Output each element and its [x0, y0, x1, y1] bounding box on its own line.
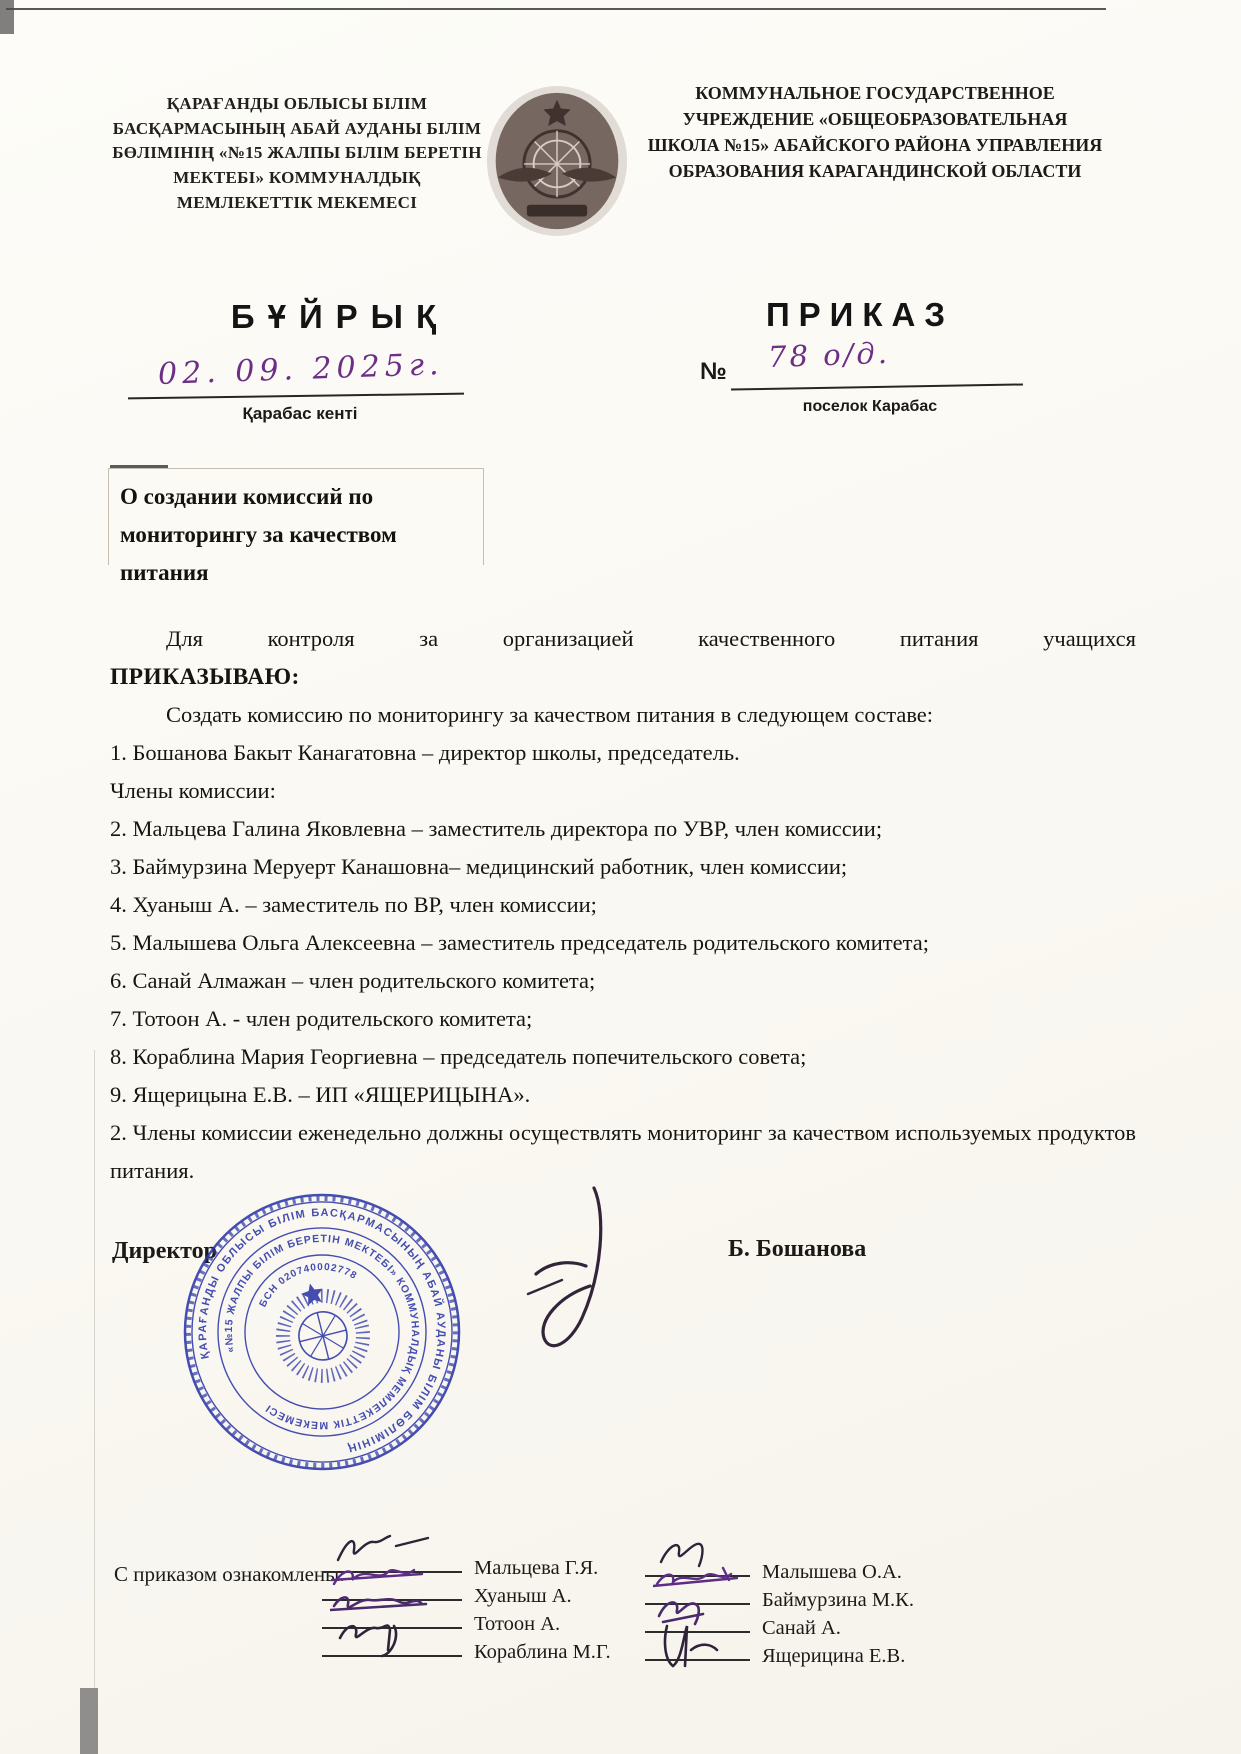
order-title-kazakh: БҰЙРЫҚ: [150, 298, 530, 336]
org-name-kazakh: ҚАРАҒАНДЫ ОБЛЫСЫ БІЛІМ БАСҚАРМАСЫНЫҢ АБА…: [112, 92, 482, 215]
order-subject: О создании комиссий по мониторингу за ка…: [120, 478, 476, 592]
place-label-russian: поселок Карабас: [790, 398, 950, 416]
scanned-order-page: ҚАРАҒАНДЫ ОБЛЫСЫ БІЛІМ БАСҚАРМАСЫНЫҢ АБА…: [0, 0, 1241, 1754]
clause1-intro: Создать комиссию по мониторингу за качес…: [110, 696, 1136, 734]
commission-member-line: 9. Ящерицына Е.В. – ИП «ЯЩЕРИЦЫНА».: [110, 1076, 1136, 1114]
ack-row: Ящерицина Е.В.: [645, 1638, 914, 1666]
number-underline: [731, 383, 1023, 390]
place-label-kazakh: Қарабас кенті: [180, 404, 420, 424]
date-underline: [128, 393, 464, 400]
commission-member-line: 8. Кораблина Мария Георгиевна – председа…: [110, 1038, 1136, 1076]
ack-name: Санай А.: [762, 1617, 841, 1640]
ack-name: Тотоон А.: [474, 1613, 560, 1636]
ack-name: Кораблина М.Г.: [474, 1641, 611, 1664]
school-round-stamp: ҚАРАҒАНДЫ ОБЛЫСЫ БІЛІМ БАСҚАРМАСЫНЫҢ АБА…: [145, 1155, 499, 1509]
kazakhstan-emblem-icon: [484, 84, 630, 238]
commission-member-line: 7. Тотоон А. - член родительского комите…: [110, 1000, 1136, 1038]
acknowledgement-column-left: Мальцева Г.Я. Хуаныш А. Тотоон А. Корабл…: [322, 1550, 611, 1662]
ack-name: Хуаныш А.: [474, 1585, 572, 1608]
acknowledgement-column-right: Малышева О.А. Баймурзина М.К. Санай А. Я…: [645, 1554, 914, 1666]
commission-member-line: 4. Хуаныш А. – заместитель по ВР, член к…: [110, 886, 1136, 924]
scan-edge-line: [6, 8, 1106, 10]
order-title-russian: ПРИКАЗ: [690, 296, 1030, 334]
ack-row: Кораблина М.Г.: [322, 1634, 611, 1662]
scan-crease: [94, 1050, 95, 1754]
subject-frame-tick: [110, 465, 168, 468]
handwritten-order-number: 78 о/д.: [767, 336, 890, 374]
scan-bottom-strip: [80, 1688, 98, 1754]
order-number-label: №: [700, 358, 727, 386]
decree-word: ПРИКАЗЫВАЮ:: [110, 658, 1136, 696]
commission-member-line: 2. Мальцева Галина Яковлевна – заместите…: [110, 810, 1136, 848]
ack-name: Малышева О.А.: [762, 1561, 902, 1584]
ack-name: Мальцева Г.Я.: [474, 1557, 598, 1580]
ack-name: Ящерицина Е.В.: [762, 1645, 905, 1668]
acknowledged-label: С приказом ознакомлены:: [114, 1562, 345, 1587]
org-name-russian: КОММУНАЛЬНОЕ ГОСУДАРСТВЕННОЕ УЧРЕЖДЕНИЕ …: [645, 80, 1105, 184]
commission-member-line: 5. Малышева Ольга Алексеевна – заместите…: [110, 924, 1136, 962]
scan-corner-mark: [0, 0, 14, 34]
commission-member-line: 1. Бошанова Бакыт Канагатовна – директор…: [110, 734, 1136, 772]
commission-members-heading: Члены комиссии:: [110, 772, 1136, 810]
order-body: Для контроля за организацией качественно…: [110, 620, 1136, 1190]
commission-member-line: 6. Санай Алмажан – член родительского ко…: [110, 962, 1136, 1000]
commission-member-line: 3. Баймурзина Меруерт Канашовна– медицин…: [110, 848, 1136, 886]
intro-paragraph: Для контроля за организацией качественно…: [110, 620, 1136, 658]
ack-name: Баймурзина М.К.: [762, 1589, 914, 1612]
director-signature: [498, 1178, 668, 1368]
handwritten-date: 02. 09. 2025г.: [157, 347, 444, 392]
director-name: Б. Бошанова: [728, 1236, 866, 1263]
